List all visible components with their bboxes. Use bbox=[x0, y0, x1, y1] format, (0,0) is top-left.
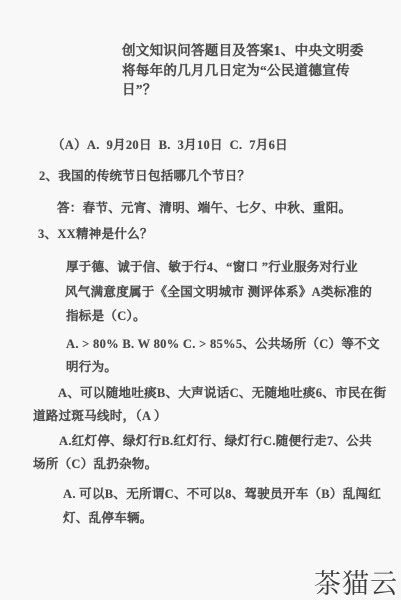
title-line-1: 创文知识问答题目及答案1、中央文明委 bbox=[122, 44, 364, 58]
q6-options-line-1: A.红灯停、绿灯行B.红灯行、绿灯行C.随便行走7、公共 bbox=[59, 435, 372, 448]
q4-options-line-1: A. > 80% B. W 80% C. > 85%5、公共场所（C）等不文 bbox=[66, 338, 380, 351]
q3-answer-line-3: 指标是（C）。 bbox=[66, 310, 146, 323]
q1-options: （A）A. 9月20日 B. 3月10日 C. 7月6日 bbox=[52, 139, 288, 152]
q5-options-line-2: 道路过斑马线时，（A ） bbox=[33, 410, 167, 423]
q6-options-line-2: 场所（C）乱扔杂物。 bbox=[33, 458, 158, 471]
q3-answer-line-1: 厚于德、诚于信、敏于行4、“窗口 ”行业服务对行业 bbox=[66, 261, 358, 274]
q3-question: 3、XX精神是什么？ bbox=[38, 228, 153, 241]
q7-options-line-1: A. 可以B、无所谓C、不可以8、驾驶员开车（B）乱闯红 bbox=[63, 488, 381, 501]
document-page: 创文知识问答题目及答案1、中央文明委 将每年的几月几日定为“公民道德宣传 日”？… bbox=[0, 0, 401, 600]
watermark-text: 茶猫云 bbox=[314, 562, 398, 600]
q4-options-line-2: 明行为。 bbox=[66, 361, 117, 374]
q3-answer-line-2: 风气满意度属于《全国文明城市 测评体系》A类标准的 bbox=[65, 286, 372, 299]
title-line-3: 日”？ bbox=[122, 83, 157, 97]
q2-question: 2、我国的传统节日包括哪几个节日？ bbox=[39, 170, 250, 183]
q5-options-line-1: A、可以随地吐痰B、大声说话C、无随地吐痰6、市民在街 bbox=[58, 387, 386, 400]
q7-options-line-2: 灯、乱停车辆。 bbox=[63, 512, 153, 525]
q2-answer: 答：春节、元宵、清明、端午、七夕、中秋、重阳。 bbox=[57, 202, 351, 215]
title-line-2: 将每年的几月几日定为“公民道德宣传 bbox=[122, 64, 350, 78]
